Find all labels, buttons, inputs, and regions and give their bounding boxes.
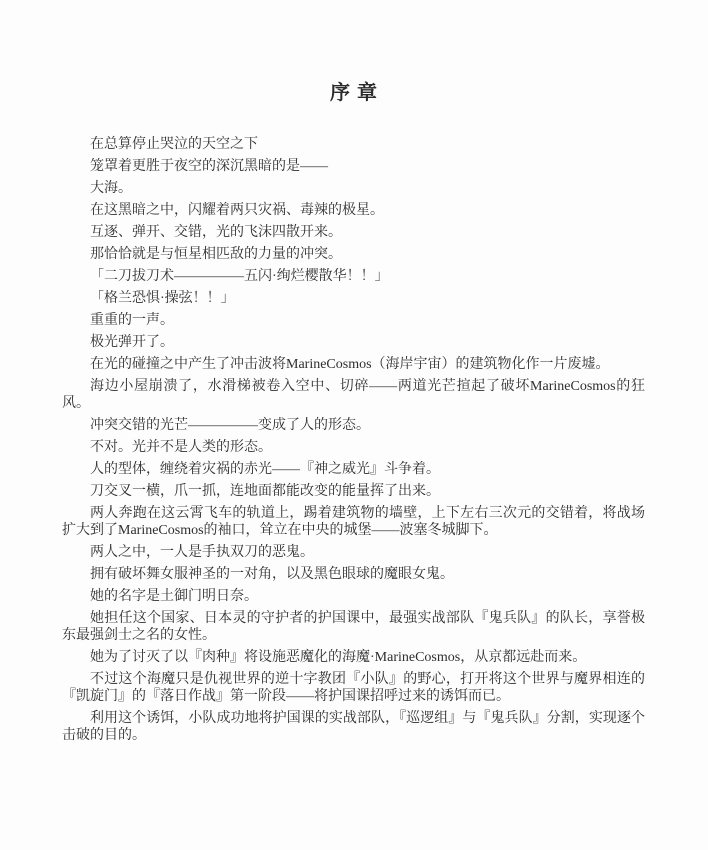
- paragraph: 笼罩着更胜于夜空的深沉黑暗的是——: [62, 158, 645, 175]
- paragraph: 冲突交错的光芒—————变成了人的形态。: [62, 417, 645, 434]
- paragraph: 两人奔跑在这云霄飞车的轨道上，踢着建筑物的墙壁，上下左右三次元的交错着，将战场扩…: [62, 505, 645, 539]
- paragraph: 「格兰恐惧·操弦！！」: [62, 290, 645, 307]
- paragraph: 刀交叉一横，爪一抓，连地面都能改变的能量挥了出来。: [62, 483, 645, 500]
- paragraph: 那恰恰就是与恒星相匹敌的力量的冲突。: [62, 246, 645, 263]
- paragraph: 在这黑暗之中，闪耀着两只灾祸、毒辣的极星。: [62, 202, 645, 219]
- paragraph: 她的名字是土御门明日奈。: [62, 588, 645, 605]
- paragraph: 在光的碰撞之中产生了冲击波将MarineCosmos（海岸宇宙）的建筑物化作一片…: [62, 356, 645, 373]
- paragraph: 不对。光并不是人类的形态。: [62, 439, 645, 456]
- paragraph: 不过这个海魔只是仇视世界的逆十字教团『小队』的野心，打开将这个世界与魔界相连的『…: [62, 671, 645, 705]
- chapter-title: 序章: [62, 76, 645, 105]
- paragraph: 她担任这个国家、日本灵的守护者的护国课中，最强实战部队『鬼兵队』的队长，享誉极东…: [62, 610, 645, 644]
- paragraph: 在总算停止哭泣的天空之下: [62, 136, 645, 153]
- paragraph: 重重的一声。: [62, 312, 645, 329]
- paragraph: 互逐、弹开、交错，光的飞沫四散开来。: [62, 224, 645, 241]
- paragraph: 海边小屋崩溃了，水滑梯被卷入空中、切碎——两道光芒揎起了破坏MarineCosm…: [62, 378, 645, 412]
- chapter-body: 在总算停止哭泣的天空之下笼罩着更胜于夜空的深沉黑暗的是——大海。在这黑暗之中，闪…: [62, 136, 645, 744]
- paragraph: 她为了讨灭了以『肉种』将设施恶魔化的海魔·MarineCosmos，从京都远赴而…: [62, 649, 645, 666]
- paragraph: 「二刀拔刀术—————五闪·绚烂樱散华！！」: [62, 268, 645, 285]
- paragraph: 大海。: [62, 180, 645, 197]
- document-page: 序章 在总算停止哭泣的天空之下笼罩着更胜于夜空的深沉黑暗的是——大海。在这黑暗之…: [0, 0, 708, 850]
- paragraph: 极光弹开了。: [62, 334, 645, 351]
- paragraph: 两人之中，一人是手执双刀的恶鬼。: [62, 544, 645, 561]
- paragraph: 人的型体，缠绕着灾祸的赤光——『神之威光』斗争着。: [62, 461, 645, 478]
- paragraph: 拥有破坏舞女服神圣的一对角，以及黑色眼球的魔眼女鬼。: [62, 566, 645, 583]
- paragraph: 利用这个诱饵，小队成功地将护国课的实战部队，『巡逻组』与『鬼兵队』分割，实现逐个…: [62, 710, 645, 744]
